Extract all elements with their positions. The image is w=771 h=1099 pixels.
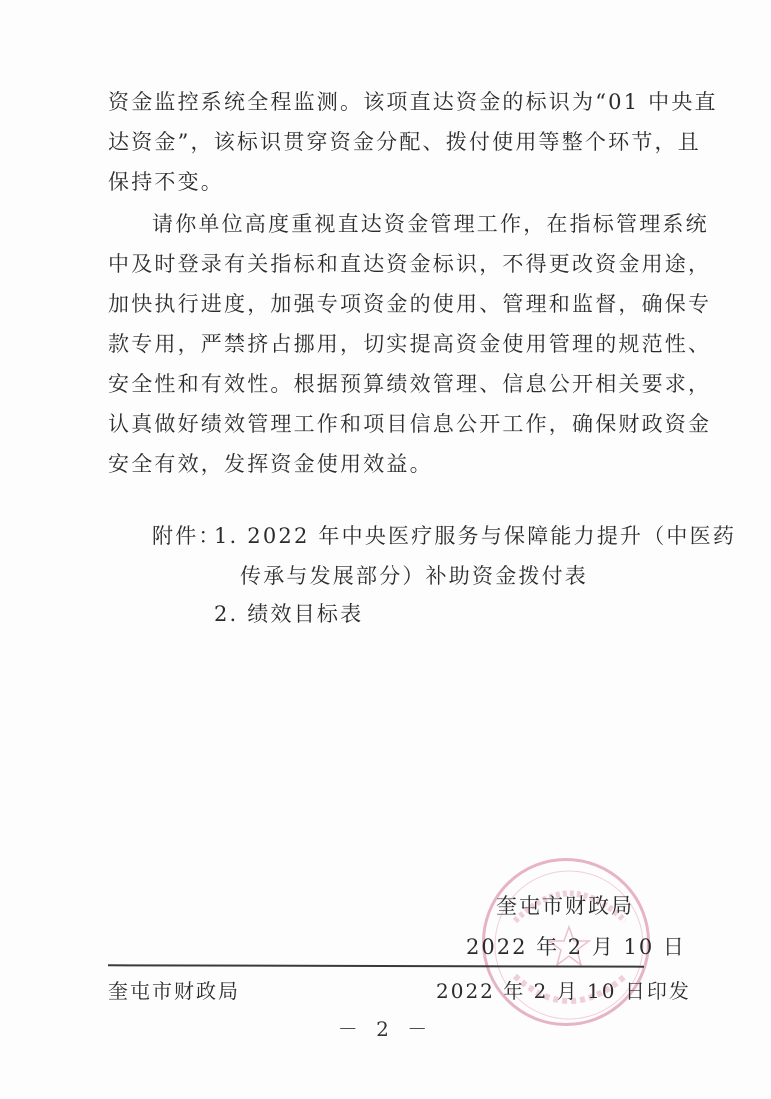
body-text-line: 安全性和有效性。根据预算绩效管理、信息公开相关要求， xyxy=(108,374,711,395)
body-text-line: 加快执行进度，加强专项资金的使用、管理和监督，确保专 xyxy=(108,294,711,315)
attachment-item-2: 2. 绩效目标表 xyxy=(214,604,363,625)
body-text-line: 款专用，严禁挤占挪用，切实提高资金使用管理的规范性、 xyxy=(108,334,711,355)
body-text-line: 中及时登录有关指标和直达资金标识，不得更改资金用途， xyxy=(108,254,711,275)
body-text-line: 保持不变。 xyxy=(108,172,224,193)
attachment-item-1-cont: 传承与发展部分）补助资金拨付表 xyxy=(240,566,588,587)
document-page: 资金监控系统全程监测。该项直达资金的标识为“01 中央直 达资金”，该标识贯穿资… xyxy=(0,0,771,1099)
footer-issue-date: 2022 年 2 月 10 日印发 xyxy=(436,975,691,1004)
body-text-line: 资金监控系统全程监测。该项直达资金的标识为“01 中央直 xyxy=(108,92,718,113)
attachment-item-1: 1. 2022 年中央医疗服务与保障能力提升（中医药 xyxy=(214,526,736,547)
signature-org: 奎屯市财政局 xyxy=(496,890,634,920)
body-text-line: 安全有效，发挥资金使用效益。 xyxy=(108,454,433,475)
attachments-label: 附件： xyxy=(152,526,222,547)
body-text-line: 认真做好绩效管理工作和项目信息公开工作，确保财政资金 xyxy=(108,414,711,435)
signature-date: 2022 年 2 月 10 日 xyxy=(466,931,686,961)
body-text-line: 达资金”，该标识贯穿资金分配、拨付使用等整个环节，且 xyxy=(108,132,701,153)
footer-divider xyxy=(108,964,644,967)
footer-issuer: 奎屯市财政局 xyxy=(108,975,240,1004)
page-number: － 2 － xyxy=(0,1013,771,1042)
body-text-line: 请你单位高度重视直达资金管理工作，在指标管理系统 xyxy=(152,214,709,235)
